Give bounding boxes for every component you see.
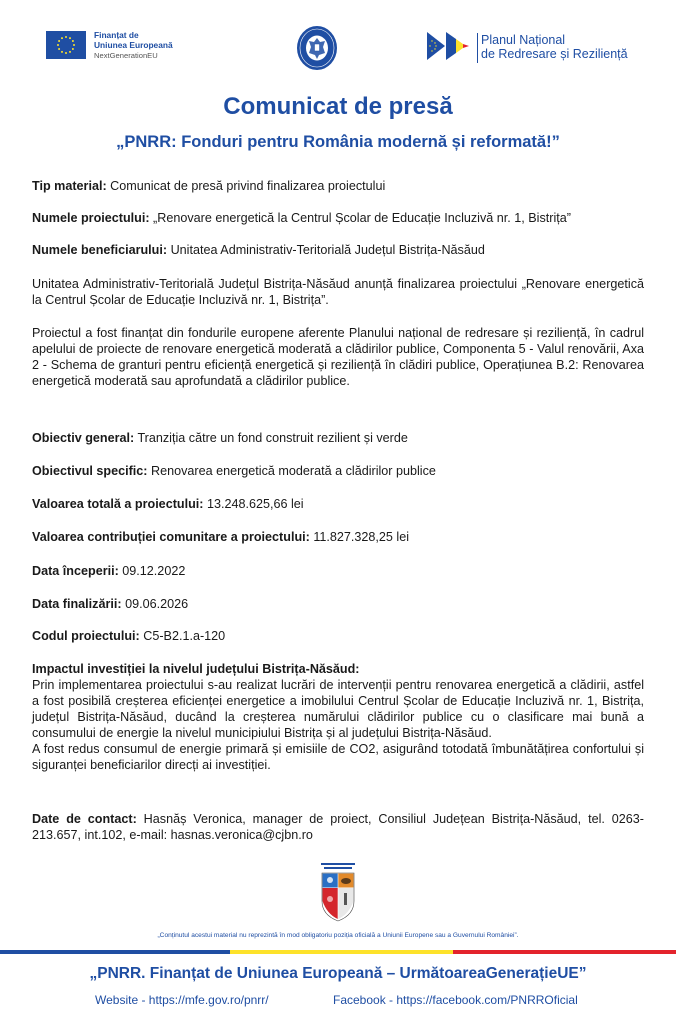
field-obiectiv-specific: Obiectivul specific: Renovarea energetic… bbox=[32, 463, 644, 479]
field-contributie-comunitara: Valoarea contribuției comunitare a proie… bbox=[32, 529, 644, 545]
field-value: 09.06.2026 bbox=[122, 597, 189, 611]
field-value: C5-B2.1.a-120 bbox=[140, 629, 225, 643]
field-label: Data finalizării: bbox=[32, 597, 122, 611]
paragraph-financing: Proiectul a fost finanțat din fondurile … bbox=[32, 325, 644, 389]
field-label: Numele proiectului: bbox=[32, 211, 150, 225]
impact-section: Impactul investiției la nivelul județulu… bbox=[32, 661, 644, 773]
romanian-government-seal-icon bbox=[296, 25, 338, 71]
field-valoare-totala: Valoarea totală a proiectului: 13.248.62… bbox=[32, 496, 644, 512]
romanian-flag-bar bbox=[0, 950, 676, 954]
field-nume-proiect: Numele proiectului: „Renovare energetică… bbox=[32, 210, 644, 226]
website-link[interactable]: Website - https://mfe.gov.ro/pnrr/ bbox=[95, 993, 269, 1007]
field-beneficiar: Numele beneficiarului: Unitatea Administ… bbox=[32, 242, 644, 258]
field-label: Numele beneficiarului: bbox=[32, 243, 167, 257]
flag-stripe-red bbox=[453, 950, 676, 954]
field-value: 09.12.2022 bbox=[119, 564, 186, 578]
field-cod-proiect: Codul proiectului: C5-B2.1.a-120 bbox=[32, 628, 644, 644]
pnrr-logo-line1: Planul Național bbox=[481, 33, 628, 47]
field-data-finalizarii: Data finalizării: 09.06.2026 bbox=[32, 596, 644, 612]
field-value: 13.248.625,66 lei bbox=[203, 497, 303, 511]
field-value: 11.827.328,25 lei bbox=[310, 530, 409, 544]
contact-info: Date de contact: Hasnăș Veronica, manage… bbox=[32, 811, 644, 843]
field-value: Renovarea energetică moderată a clădiril… bbox=[147, 464, 435, 478]
field-value: Tranziția către un fond construit rezili… bbox=[134, 431, 408, 445]
field-label: Data începerii: bbox=[32, 564, 119, 578]
field-data-inceperii: Data începerii: 09.12.2022 bbox=[32, 563, 644, 579]
flag-stripe-blue bbox=[0, 950, 230, 954]
page-title: Comunicat de presă bbox=[0, 93, 676, 121]
facebook-link[interactable]: Facebook - https://facebook.com/PNRROfic… bbox=[333, 993, 578, 1007]
field-label: Codul proiectului: bbox=[32, 629, 140, 643]
field-value: Comunicat de presă privind finalizarea p… bbox=[107, 179, 386, 193]
paragraph-announcement: Unitatea Administrativ-Teritorială Județ… bbox=[32, 276, 644, 308]
field-label: Valoarea totală a proiectului: bbox=[32, 497, 203, 511]
eu-flag-logo bbox=[46, 31, 86, 59]
impact-heading: Impactul investiției la nivelul județulu… bbox=[32, 661, 644, 677]
field-label: Obiectiv general: bbox=[32, 431, 134, 445]
page-subtitle: „PNRR: Fonduri pentru România modernă și… bbox=[0, 133, 676, 152]
eu-logo-line3: NextGenerationEU bbox=[94, 51, 173, 61]
field-label: Tip material: bbox=[32, 179, 107, 193]
footer-slogan: „PNRR. Finanțat de Uniunea Europeană – U… bbox=[0, 965, 676, 983]
eu-stars-icon bbox=[46, 31, 86, 59]
field-value: Unitatea Administrativ-Teritorială Județ… bbox=[167, 243, 485, 257]
eu-logo-line2: Uniunea Europeană bbox=[94, 41, 173, 51]
field-obiectiv-general: Obiectiv general: Tranziția către un fon… bbox=[32, 430, 644, 446]
impact-paragraph-1: Prin implementarea proiectului s-au real… bbox=[32, 677, 644, 741]
field-label: Obiectivul specific: bbox=[32, 464, 147, 478]
pnrr-logo-line2: de Redresare și Reziliență bbox=[481, 47, 628, 61]
disclaimer-text: „Conținutul acestui material nu reprezin… bbox=[0, 932, 676, 939]
impact-paragraph-2: A fost redus consumul de energie primară… bbox=[32, 741, 644, 773]
county-council-crest-icon bbox=[315, 863, 361, 923]
pnrr-logo-icon bbox=[427, 32, 473, 60]
field-value: „Renovare energetică la Centrul Școlar d… bbox=[150, 211, 571, 225]
pnrr-logo-text: Planul Național de Redresare și Rezilien… bbox=[481, 33, 628, 61]
flag-stripe-yellow bbox=[230, 950, 453, 954]
contact-label: Date de contact: bbox=[32, 812, 137, 826]
field-tip-material: Tip material: Comunicat de presă privind… bbox=[32, 178, 644, 194]
pnrr-logo-divider bbox=[477, 33, 478, 63]
eu-funding-logo-text: Finanțat de Uniunea Europeană NextGenera… bbox=[94, 31, 173, 60]
field-label: Valoarea contribuției comunitare a proie… bbox=[32, 530, 310, 544]
